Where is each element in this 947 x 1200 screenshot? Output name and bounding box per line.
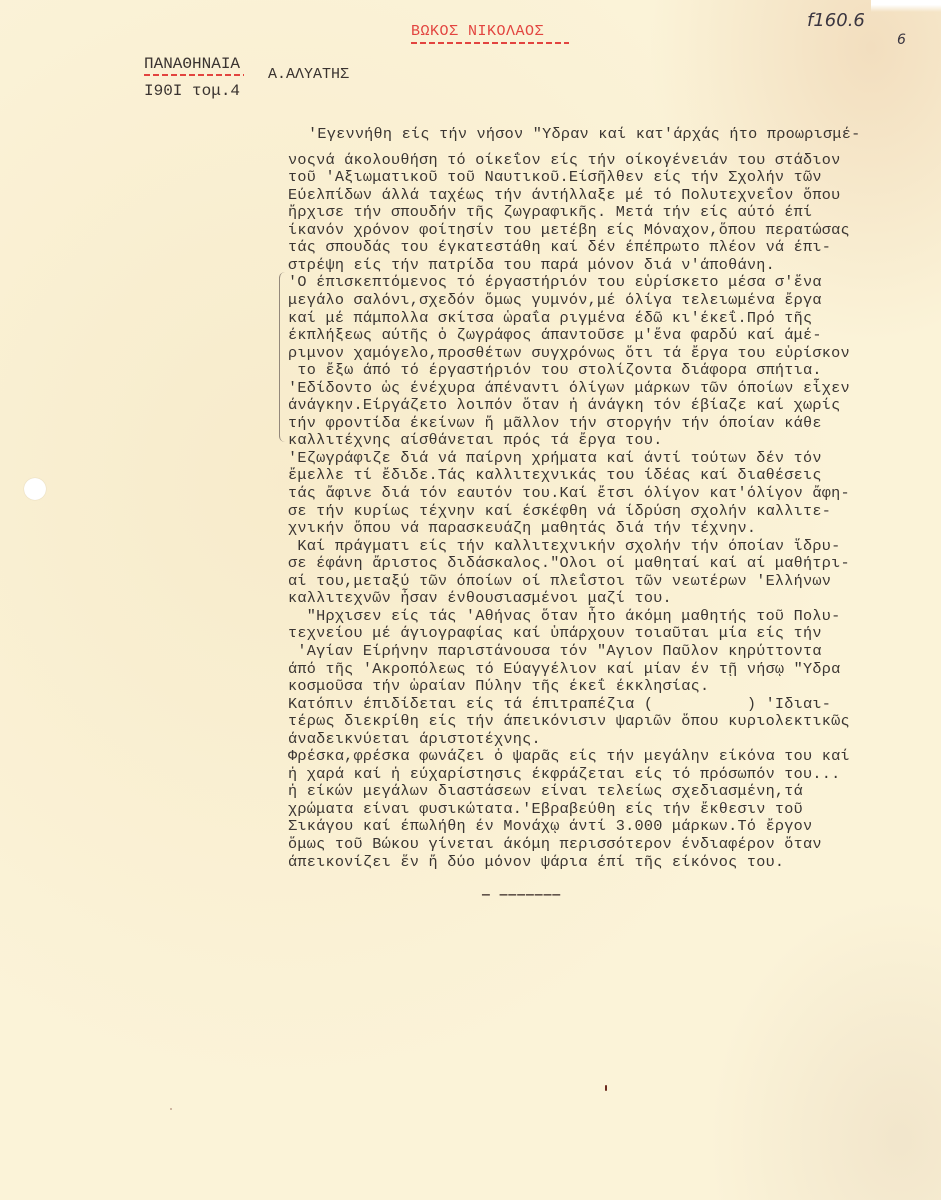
text-line: άπό τῆς 'Ακροπόλεως τό Εύαγγέλιον καί μί… <box>288 660 840 678</box>
document-page: ΒΩΚΟΣ ΝΙΚΟΛΑΟΣ f160.6 6 ΠΑΝΑΘΗΝΑΙΑ I90I … <box>0 0 947 1200</box>
text-line: στρέψη είς τήν πατρίδα του παρά μόνον δι… <box>288 256 775 274</box>
source-publication: ΠΑΝΑΘΗΝΑΙΑ <box>144 55 240 73</box>
text-line: καί μέ πάμπολλα σκίτσα ὡραΐα ριγμένα έδῶ… <box>288 309 812 327</box>
text-line: τάς ἄφινε διά τόν εαυτόν του.Καί ἔτσι όλ… <box>288 484 850 502</box>
ink-speck <box>170 1108 172 1110</box>
text-line: 'Εζωγράφιζε διά νά παίρνη χρήματα καί άν… <box>288 449 822 467</box>
text-line: 'Ο έπισκεπτόμενος τό έργαστήριόν του εὑρ… <box>288 273 822 291</box>
text-line: ριμνον χαμόγελο,προσθέτων συγχρόνως ὅτι … <box>288 344 850 362</box>
text-line: 'Αγίαν Είρήνην παριστάνουσα τόν "Αγιον Π… <box>288 642 822 660</box>
text-line: 'Εγεννήθη είς τήν νήσον "Υδραν καί κατ'ά… <box>308 125 860 143</box>
text-line: Φρέσκα,φρέσκα φωνάζει ὁ ψαρᾶς είς τήν με… <box>288 747 850 765</box>
text-line: σε έφάνη ἄριστος διδάσκαλος."Ολοι οί μαθ… <box>288 554 850 572</box>
text-line: τοῦ 'Αξιωματικοῦ τοῦ Ναυτικοῦ.Είσῆλθεν ε… <box>288 168 822 186</box>
author: Α.ΑΛΥΑΤΗΣ <box>268 66 349 83</box>
text-line: 'Εδίδοντο ὡς ένέχυρα άπέναντι όλίγων μάρ… <box>288 379 850 397</box>
page-edge <box>941 0 947 1200</box>
text-line: ἔμελλε τί ἔδιδε.Τάς καλλιτεχνικάς του ίδ… <box>288 466 822 484</box>
text-line: το ἔξω άπό τό έργαστήριόν του στολίζοντα… <box>288 361 822 379</box>
title-underline <box>411 42 569 44</box>
text-line: τεχνείου μέ άγιογραφίας καί ὑπάρχουν τοι… <box>288 624 822 642</box>
text-line: "Ηρχισεν είς τάς 'Αθήνας ὅταν ἦτο άκόμη … <box>288 607 840 625</box>
source-details: I90I τομ.4 <box>144 82 240 100</box>
text-line: ὅμως τοῦ Βώκου γίνεται άκόμη περισσότερο… <box>288 835 822 853</box>
pencil-margin-bracket <box>279 272 286 442</box>
text-line: αί του,μεταξύ τῶν όποίων οί πλεΐστοι τῶν… <box>288 572 831 590</box>
text-line: άναδεικνύεται άριστοτέχνης. <box>288 730 541 748</box>
document-title: ΒΩΚΟΣ ΝΙΚΟΛΑΟΣ <box>411 23 544 40</box>
text-line: καλλιτέχνης αίσθάνεται πρός τά ἔργα του. <box>288 431 663 449</box>
punch-hole <box>24 478 46 500</box>
text-line: καλλιτεχνῶν ἦσαν ένθουσιασμένοι μαζί του… <box>288 589 672 607</box>
text-line: άπεικονίζει ἕν ἤ δύο μόνον ψάρια έπί τῆς… <box>288 853 784 871</box>
text-line: χρώματα είναι φυσικώτατα.'Εβραβεύθη είς … <box>288 800 803 818</box>
text-line: άνάγκην.Είργάζετο λοιπόν ὅταν ἡ άνάγκη τ… <box>288 396 840 414</box>
text-line: κοσμοῦσα τήν ὡραίαν Πύλην τῆς έκεΐ έκκλη… <box>288 677 709 695</box>
text-line: τήν φροντίδα έκείνων ἤ μᾶλλον τήν στοργή… <box>288 414 822 432</box>
source-underline <box>144 74 244 76</box>
ink-speck <box>605 1085 607 1091</box>
handwritten-reference: f160.6 <box>807 10 865 31</box>
text-line: έκπλήξεως αύτῆς ὁ ζωγράφος άπαντοῦσε μ'ἕ… <box>288 326 822 344</box>
handwritten-page-number: 6 <box>897 32 906 48</box>
text-line: χνικήν ὅπου νά παρασκευάζη μαθητάς διά τ… <box>288 519 756 537</box>
text-line: νοςνά άκολουθήση τό οίκεΐον είς τήν οίκο… <box>288 151 840 169</box>
text-line: ἤρχισε τήν σπουδήν τῆς ζωγραφικῆς. Μετά … <box>288 203 812 221</box>
text-line: ἡ χαρά καί ἡ εύχαρίστησις έκφράζεται είς… <box>288 765 840 783</box>
text-line: ίκανόν χρόνον φοίτησίν του μετέβη είς Μό… <box>288 221 850 239</box>
text-line: Κατόπιν έπιδίδεται είς τά έπιτραπέζια ( … <box>288 695 831 713</box>
text-line: Εύελπίδων άλλά ταχέως τήν άντήλλαξε μέ τ… <box>288 186 840 204</box>
text-line: Καί πράγματι είς τήν καλλιτεχνικήν σχολή… <box>288 537 840 555</box>
text-line: τέρως διεκρίθη είς τήν άπεικόνισιν ψαριῶ… <box>288 712 850 730</box>
corner-fold <box>871 0 941 12</box>
text-line: ἡ είκών μεγάλων διαστάσεων είναι τελείως… <box>288 782 803 800</box>
end-rule: — ——————— <box>482 887 561 902</box>
text-line: Σικάγου καί έπωλήθη έν Μονάχῳ άντί 3.000… <box>288 817 812 835</box>
text-line: σε τήν κυρίως τέχνην καί έσκέφθη νά ίδρύ… <box>288 502 831 520</box>
text-line: μεγάλο σαλόνι,σχεδόν ὅμως γυμνόν,μέ όλίγ… <box>288 291 822 309</box>
text-line: τάς σπουδάς του έγκατεστάθη καί δέν έπέπ… <box>288 238 831 256</box>
